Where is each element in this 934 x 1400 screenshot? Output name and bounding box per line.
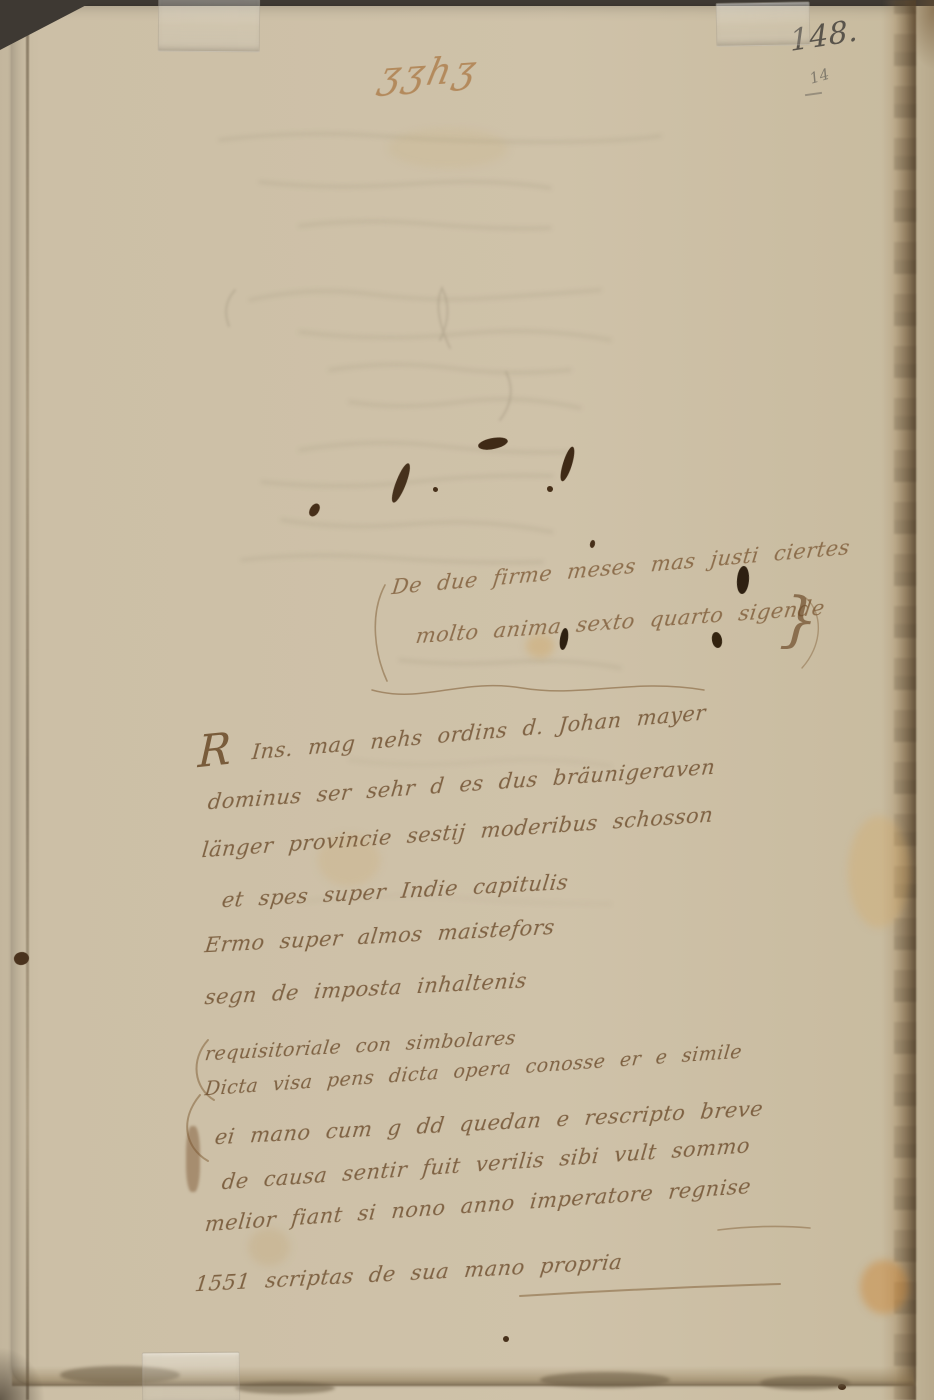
manuscript-photo: 148. 14 ʒʒhʒ De due firme meses mas just… — [0, 0, 934, 1400]
edge-wear-patch — [760, 1376, 850, 1390]
ink-speck — [433, 487, 438, 492]
tan-stain — [848, 816, 910, 928]
gutter-crease — [26, 0, 29, 1400]
worn-right-edge-texture — [894, 0, 916, 1400]
mounting-tape-bottom-left — [142, 1352, 240, 1400]
aging-spot — [388, 128, 508, 168]
ink-smear — [186, 1126, 200, 1192]
worn-bottom-left-corner — [0, 1326, 70, 1400]
orange-stain — [860, 1260, 908, 1314]
top-scribble: ʒʒhʒ — [375, 47, 483, 98]
ink-speck — [547, 486, 553, 492]
header-brace: } — [778, 584, 820, 656]
mounting-tape-top-left — [158, 0, 261, 52]
mounting-tape-top-right — [716, 1, 811, 47]
damaged-top-right-corner — [893, 0, 934, 92]
edge-wear-patch — [235, 1382, 335, 1394]
edge-wear-patch — [540, 1372, 670, 1388]
aging-spot — [248, 1228, 290, 1266]
manuscript-leaf — [12, 6, 914, 1384]
paragraph-mark: R — [197, 723, 232, 778]
ink-speck — [503, 1336, 509, 1342]
